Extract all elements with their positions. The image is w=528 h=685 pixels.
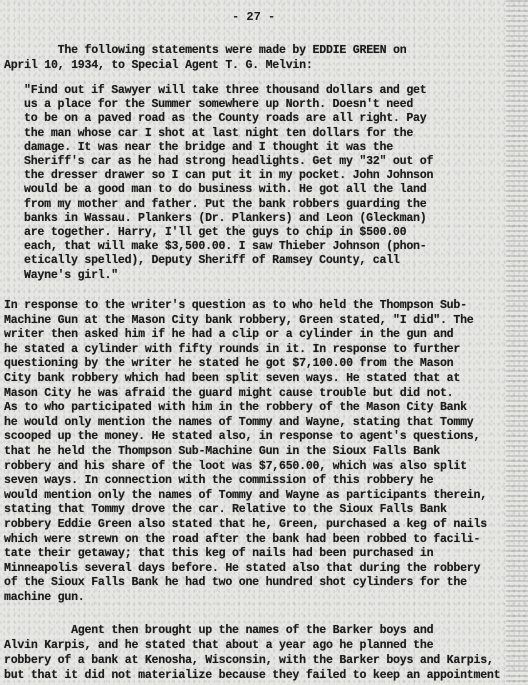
paragraph-1-line: of the Sioux Falls Bank he had two one h… bbox=[4, 576, 467, 590]
quote-line: the dresser drawer so I can put it in my… bbox=[24, 169, 433, 183]
paragraph-1-line: he stated a cylinder with fifty rounds i… bbox=[4, 343, 460, 357]
quote-line: from my mother and father. Put the bank … bbox=[24, 198, 426, 212]
paragraph-1-line: questioning by the writer he stated he g… bbox=[4, 357, 453, 371]
paragraph-1-line: City bank robbery which had been split s… bbox=[4, 372, 460, 386]
paragraph-1-line: Machine Gun at the Mason City bank robbe… bbox=[4, 314, 474, 328]
paragraph-1-line: tate their getaway; that this keg of nai… bbox=[4, 547, 433, 561]
paragraph-1-line: Minneapolis several days before. He stat… bbox=[4, 562, 480, 576]
paragraph-1-line: that he held the Thompson Sub-Machine Gu… bbox=[4, 445, 440, 459]
paragraph-1-line: robbery Eddie Green also stated that he,… bbox=[4, 518, 487, 532]
paragraph-2-line: but that it did not materialize because … bbox=[4, 669, 500, 683]
quote-line: Wayne's girl." bbox=[24, 269, 118, 283]
paragraph-1-line: would mention only the names of Tommy an… bbox=[4, 489, 487, 503]
quote-line: damage. It was near the bridge and I tho… bbox=[24, 141, 393, 155]
paragraph-1-line: he would only mention the names of Tommy… bbox=[4, 416, 474, 430]
document-page: - 27 - The following statements were mad… bbox=[0, 0, 528, 685]
quote-line: us a place for the Summer somewhere up N… bbox=[24, 98, 413, 112]
paragraph-1-line: As to who participated with him in the r… bbox=[4, 401, 467, 415]
paragraph-1-line: machine gun. bbox=[4, 591, 85, 605]
paragraph-1-line: writer then asked him if he had a clip o… bbox=[4, 328, 453, 342]
page-number: - 27 - bbox=[232, 10, 275, 24]
intro-line: April 10, 1934, to Special Agent T. G. M… bbox=[4, 59, 313, 73]
quote-line: etically spelled), Deputy Sheriff of Ram… bbox=[24, 254, 400, 268]
quote-line: would be a good man to do business with.… bbox=[24, 183, 426, 197]
quote-line: banks in Wassau. Plankers (Dr. Plankers)… bbox=[24, 212, 426, 226]
quote-line: are together. Harry, I'll get the guys t… bbox=[24, 226, 406, 240]
paragraph-1-line: Mason City he was afraid the guard might… bbox=[4, 387, 453, 401]
intro-line: The following statements were made by ED… bbox=[4, 44, 406, 58]
quote-line: the man whose car I shot at last night t… bbox=[24, 127, 413, 141]
paragraph-1-line: scooped up the money. He stated also, in… bbox=[4, 430, 480, 444]
paragraph-2-line: Alvin Karpis, and he stated that about a… bbox=[4, 639, 433, 653]
quote-line: each, that will make $3,500.00. I saw Th… bbox=[24, 240, 426, 254]
paragraph-2-line: robbery of a bank at Kenosha, Wisconsin,… bbox=[4, 654, 494, 668]
paragraph-2-line: Agent then brought up the names of the B… bbox=[4, 624, 433, 638]
paragraph-1-line: robbery and his share of the loot was $7… bbox=[4, 460, 467, 474]
scan-edge-noise bbox=[506, 0, 528, 685]
paragraph-1-line: seven ways. In connection with the commi… bbox=[4, 474, 433, 488]
quote-line: Sheriff's car as he had strong headlight… bbox=[24, 155, 433, 169]
paragraph-1-line: In response to the writer's question as … bbox=[4, 299, 467, 313]
quote-line: to be on a paved road as the County road… bbox=[24, 112, 426, 126]
quote-line: "Find out if Sawyer will take three thou… bbox=[24, 84, 426, 98]
paragraph-1-line: which were strewn on the road after the … bbox=[4, 533, 480, 547]
paragraph-1-line: stating that Tommy drove the car. Relati… bbox=[4, 503, 447, 517]
